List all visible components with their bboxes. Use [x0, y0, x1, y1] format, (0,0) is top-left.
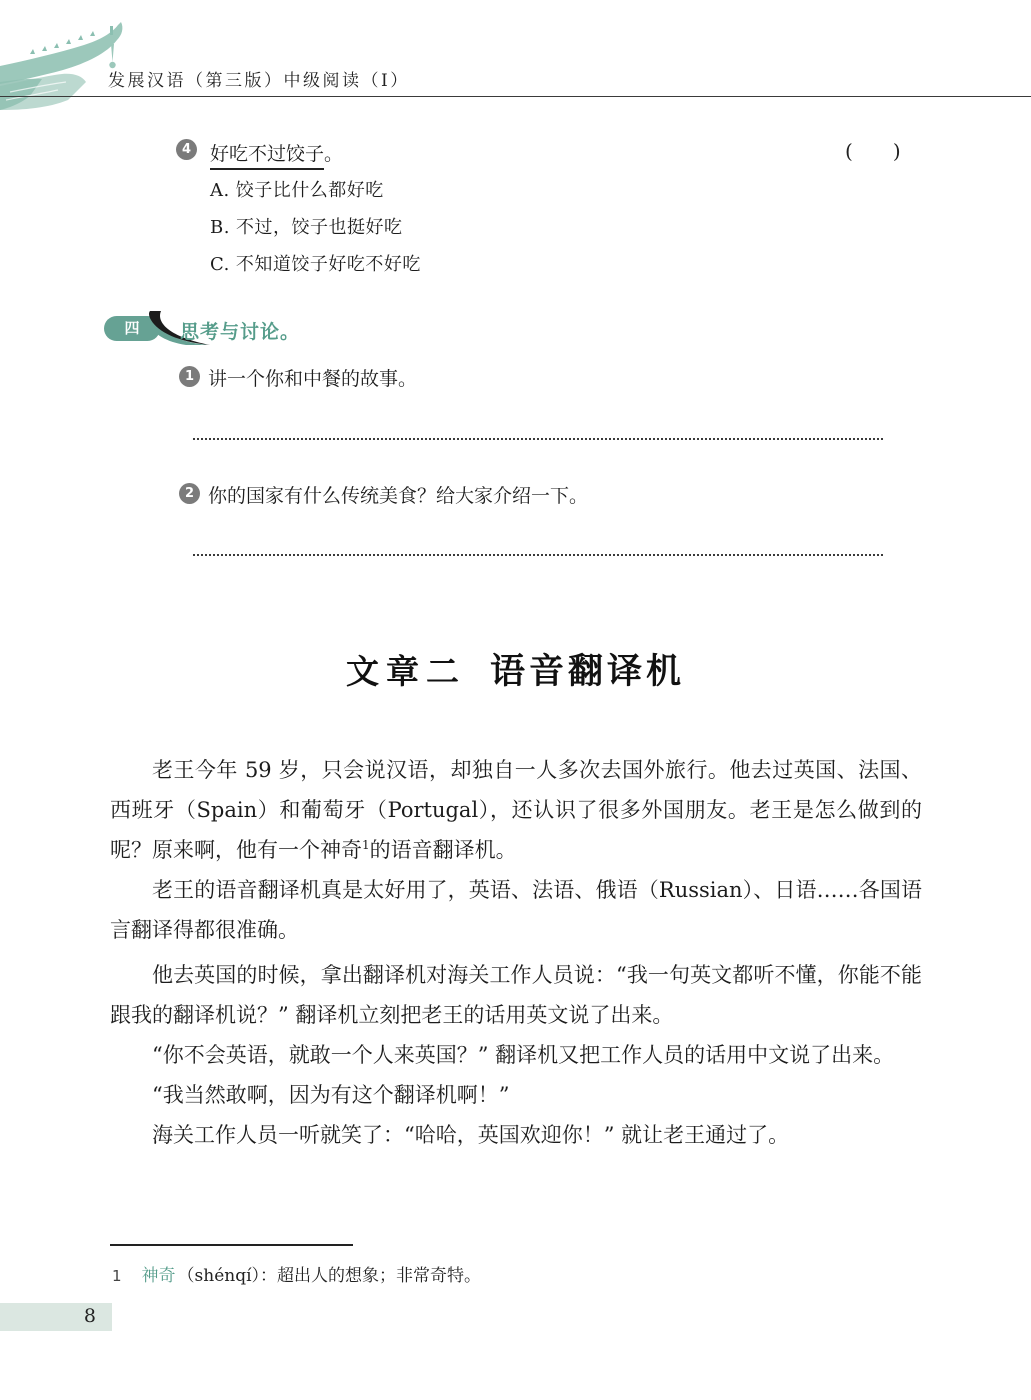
- article-paragraph-2: 老王的语音翻译机真是太好用了，英语、法语、俄语（Russian）、日语……各国语…: [110, 870, 922, 950]
- option-a-row: A.饺子比什么都好吃: [210, 176, 384, 202]
- book-header-title: 发展汉语（第三版）中级阅读（I）: [108, 66, 410, 91]
- paragraph1-text-after: 的语音翻译机。: [370, 838, 517, 862]
- footnote-term: 神奇: [142, 1266, 176, 1286]
- article-paragraph-3: 他去英国的时候，拿出翻译机对海关工作人员说：“我一句英文都听不懂，你能不能跟我的…: [110, 955, 922, 1035]
- section-title: 思考与讨论。: [180, 317, 300, 344]
- article-title: 文章二语音翻译机: [0, 644, 1031, 694]
- textbook-page: 发展汉语（第三版）中级阅读（I） 4 好吃不过饺子。 () A.饺子比什么都好吃…: [0, 0, 1031, 1400]
- page-number: 8: [84, 1305, 96, 1327]
- discussion-item2-badge: 2: [179, 483, 200, 504]
- option-c-label: C.: [210, 254, 230, 275]
- option-a-text: 饺子比什么都好吃: [236, 180, 384, 201]
- discussion-item1-badge: 1: [179, 366, 200, 387]
- option-a-label: A.: [210, 180, 230, 201]
- question-stem-underlined: 好吃不过饺子: [210, 143, 324, 170]
- option-c-text: 不知道饺子好吃不好吃: [236, 254, 421, 275]
- article-title-main: 语音翻译机: [490, 651, 685, 692]
- footnote-definition: （shénqí）：超出人的想象；非常奇特。: [178, 1266, 482, 1286]
- article-paragraph-5: “我当然敢啊，因为有这个翻译机啊！”: [110, 1075, 922, 1115]
- answer-dotted-line-2: [193, 554, 883, 556]
- discussion-item2-text: 你的国家有什么传统美食？给大家介绍一下。: [208, 481, 588, 508]
- option-b-label: B.: [210, 217, 230, 238]
- option-c-row: C.不知道饺子好吃不好吃: [210, 250, 421, 276]
- question-stem-period: 。: [324, 143, 343, 165]
- footnote-number: 1: [112, 1267, 122, 1285]
- footnote-marker: 1: [362, 838, 370, 852]
- paren-open: (: [845, 139, 853, 163]
- footnote: 1神奇（shénqí）：超出人的想象；非常奇特。: [112, 1261, 481, 1286]
- paren-close: ): [893, 139, 901, 163]
- article-paragraph-6: 海关工作人员一听就笑了：“哈哈，英国欢迎你！” 就让老王通过了。: [110, 1115, 922, 1155]
- article-body: 老王今年 59 岁，只会说汉语，却独自一人多次去国外旅行。他去过英国、法国、西班…: [110, 750, 922, 1155]
- discussion-item1-text: 讲一个你和中餐的故事。: [208, 364, 417, 391]
- question-number-badge: 4: [176, 139, 197, 160]
- page-number-badge: 8: [0, 1303, 112, 1331]
- article-title-label: 文章二: [346, 652, 466, 691]
- answer-dotted-line-1: [193, 438, 883, 440]
- article-paragraph-1: 老王今年 59 岁，只会说汉语，却独自一人多次去国外旅行。他去过英国、法国、西班…: [110, 750, 922, 870]
- answer-parentheses: (): [845, 139, 901, 163]
- article-paragraph-4: “你不会英语，就敢一个人来英国？” 翻译机又把工作人员的话用中文说了出来。: [110, 1035, 922, 1075]
- option-b-text: 不过，饺子也挺好吃: [236, 217, 403, 238]
- header-divider: [0, 96, 1031, 97]
- option-b-row: B.不过，饺子也挺好吃: [210, 213, 402, 239]
- question-stem: 好吃不过饺子。: [210, 139, 343, 166]
- footnote-divider: [110, 1244, 353, 1246]
